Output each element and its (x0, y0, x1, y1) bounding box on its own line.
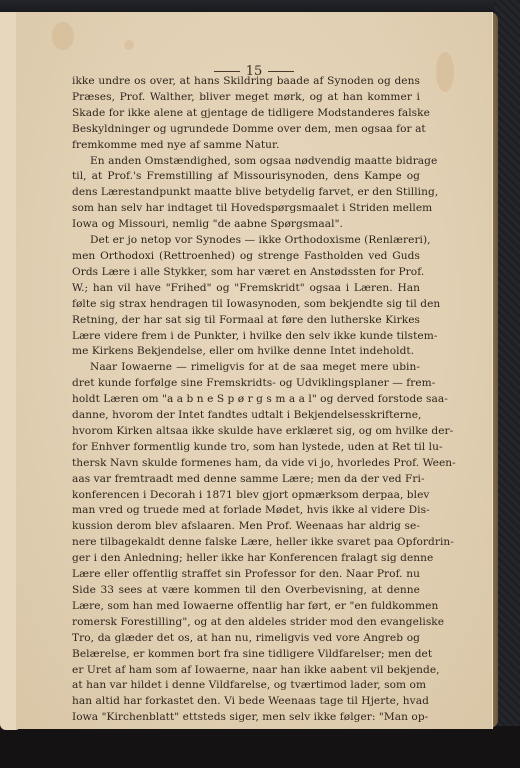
text-line: danne, hvorom der Intet fandtes udtalt i… (72, 408, 420, 424)
paragraph: Naar Iowaerne — rimeligvis for at de saa… (72, 360, 420, 726)
text-line: romersk Forestilling", og at den aldeles… (72, 615, 420, 631)
text-line: Lære eller offentlig straffet sin Profes… (72, 567, 420, 583)
paragraph: En anden Omstændighed, som ogsaa nødvend… (72, 154, 420, 234)
text-line: kussion derom blev afslaaren. Men Prof. … (72, 519, 420, 535)
text-line: konferencen i Decorah i 1871 blev gjort … (72, 488, 420, 504)
text-line: han altid har forkastet den. Vi bede Wee… (72, 694, 420, 710)
dash-right (268, 71, 294, 72)
text-line: Tro, da glæder det os, at han nu, rimeli… (72, 631, 420, 647)
text-line: Ords Lære i alle Stykker, som har været … (72, 265, 420, 281)
text-line: men Orthodoxi (Rettroenhed) og strenge F… (72, 249, 420, 265)
text-line: Skade for ikke alene at gjentage de tidl… (72, 106, 420, 122)
text-line: ikke undre os over, at hans Skildring ba… (72, 74, 420, 90)
text-line: Iowa og Missouri, nemlig "de aabne Spørg… (72, 217, 420, 233)
paper-stain (52, 22, 74, 50)
text-line: man vred og truede med at forlade Mødet,… (72, 503, 420, 519)
text-line: dens Lærestandpunkt maatte blive betydel… (72, 185, 420, 201)
text-line: fremkomme med nye af samme Natur. (72, 138, 420, 154)
text-line: Iowa "Kirchenblatt" ettsteds siger, men … (72, 710, 420, 726)
text-line: En anden Omstændighed, som ogsaa nødvend… (72, 154, 420, 170)
text-line: W.; han vil have "Frihed" og "Fremskridt… (72, 281, 420, 297)
text-line: hvorom Kirken altsaa ikke skulde have er… (72, 424, 420, 440)
text-line: Belærelse, er kommen bort fra sine tidli… (72, 647, 420, 663)
paper-stain (124, 40, 134, 50)
scan-background-top (0, 0, 520, 12)
text-line: thersk Navn skulde formenes ham, da vide… (72, 456, 420, 472)
text-line: Det er jo netop vor Synodes — ikke Ortho… (72, 233, 420, 249)
text-line: at han var hildet i denne Vildfarelse, o… (72, 678, 420, 694)
text-line: ger i den Anledning; heller ikke har Kon… (72, 551, 420, 567)
text-line: Side 33 sees at være kommen til den Over… (72, 583, 420, 599)
text-line: dret kunde forfølge sine Fremskridts- og… (72, 376, 420, 392)
text-line: Beskyldninger og ugrundede Domme over de… (72, 122, 420, 138)
text-line: Præses, Prof. Walther, bliver meget mørk… (72, 90, 420, 106)
text-line: til, at Prof.'s Fremstilling af Missouri… (72, 169, 420, 185)
text-line: følte sig strax hendragen til Iowasynode… (72, 297, 420, 313)
text-line: Naar Iowaerne — rimeligvis for at de saa… (72, 360, 420, 376)
body-text: ikke undre os over, at hans Skildring ba… (72, 74, 420, 726)
scan-background-bottom (0, 726, 520, 768)
text-line: me Kirkens Bekjendelse, eller om hvilke … (72, 344, 420, 360)
dash-left (214, 71, 240, 72)
text-line: Retning, der har sat sig til Formaal at … (72, 313, 420, 329)
paragraph: Det er jo netop vor Synodes — ikke Ortho… (72, 233, 420, 360)
paragraph: ikke undre os over, at hans Skildring ba… (72, 74, 420, 154)
text-line: Lære, som han med Iowaerne offentlig har… (72, 599, 420, 615)
text-line: nere tilbagekaldt denne falske Lære, hel… (72, 535, 420, 551)
text-line: aas var fremtraadt med denne samme Lære;… (72, 472, 420, 488)
text-line: for Enhver formentlig kunde tro, som han… (72, 440, 420, 456)
text-line: er Uret af ham som af Iowaerne, naar han… (72, 663, 420, 679)
text-line: Lære videre frem i de Punkter, i hvilke … (72, 329, 420, 345)
text-line: holdt Læren om "a a b n e S p ø r g s m … (72, 392, 420, 408)
text-line: som han selv har indtaget til Hovedspørg… (72, 201, 420, 217)
